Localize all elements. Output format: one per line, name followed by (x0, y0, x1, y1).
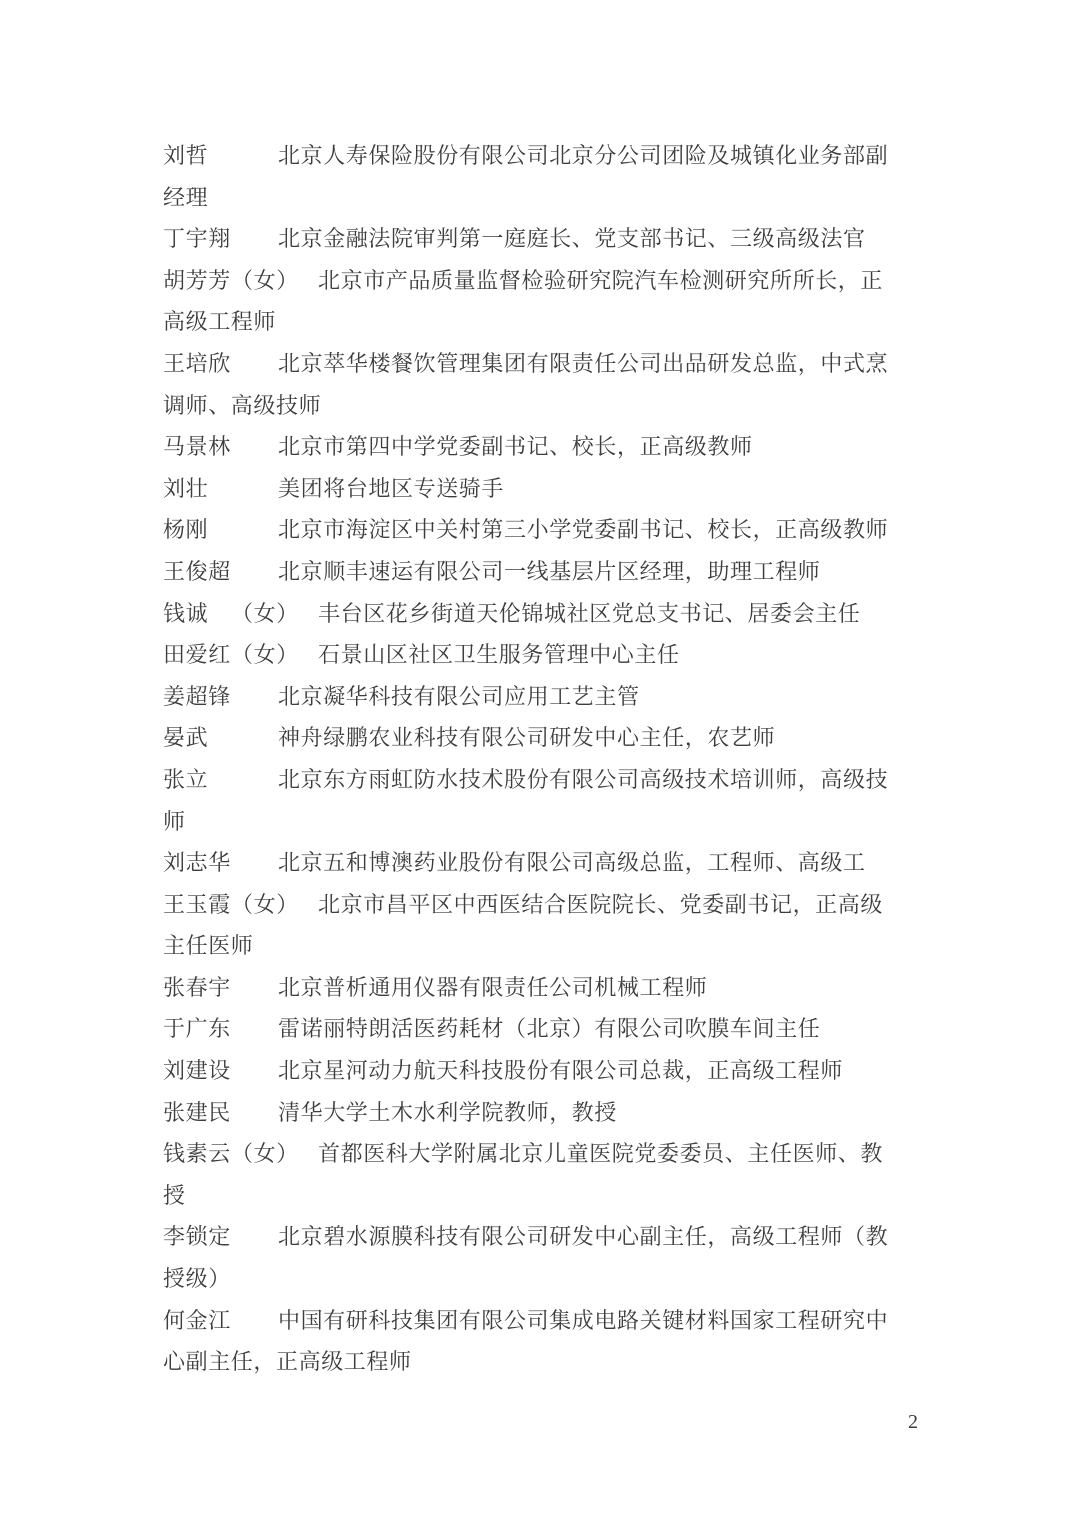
gender-annotation: （女） (231, 260, 299, 302)
roster-line: 刘壮美团将台地区专送骑手 (163, 468, 963, 510)
gender-annotation: （女） (231, 593, 299, 635)
person-name-cell: 于广东 (163, 1008, 278, 1050)
person-title: 北京金融法院审判第一庭庭长、党支部书记、三级高级法官 (278, 218, 866, 260)
person-name: 何金江 (163, 1300, 231, 1342)
person-name-cell: 钱诚（女） (163, 593, 318, 635)
roster-line: 张春宇北京普析通用仪器有限责任公司机械工程师 (163, 967, 963, 1009)
person-title-continuation: 授 (163, 1175, 186, 1217)
person-name: 胡芳芳 (163, 260, 231, 302)
person-title: 丰台区花乡街道天伦锦城社区党总支书记、居委会主任 (318, 593, 860, 635)
roster-line: 王玉霞（女）北京市昌平区中西医结合医院院长、党委副书记，正高级 (163, 884, 963, 926)
roster-line: 李锁定北京碧水源膜科技有限公司研发中心副主任，高级工程师（教 (163, 1216, 963, 1258)
person-title: 北京市产品质量监督检验研究院汽车检测研究所所长，正 (318, 260, 883, 302)
roster-line-continuation: 授级） (163, 1258, 963, 1300)
roster-line-continuation: 师 (163, 801, 963, 843)
person-name-cell: 王玉霞（女） (163, 884, 318, 926)
person-name-cell: 杨刚 (163, 509, 278, 551)
person-title-continuation: 主任医师 (163, 925, 253, 967)
person-title: 北京普析通用仪器有限责任公司机械工程师 (278, 967, 707, 1009)
person-title: 北京市昌平区中西医结合医院院长、党委副书记，正高级 (318, 884, 883, 926)
person-name: 杨刚 (163, 509, 231, 551)
person-name: 刘哲 (163, 135, 231, 177)
person-name: 钱诚 (163, 593, 231, 635)
person-name-cell: 张立 (163, 759, 278, 801)
roster-line: 张立北京东方雨虹防水技术股份有限公司高级技术培训师，高级技 (163, 759, 963, 801)
person-title: 神舟绿鹏农业科技有限公司研发中心主任，农艺师 (278, 717, 775, 759)
person-title: 北京凝华科技有限公司应用工艺主管 (278, 676, 640, 718)
roster-line: 刘志华北京五和博澳药业股份有限公司高级总监，工程师、高级工 (163, 842, 963, 884)
roster-line: 何金江中国有研科技集团有限公司集成电路关键材料国家工程研究中 (163, 1300, 963, 1342)
roster-line: 姜超锋北京凝华科技有限公司应用工艺主管 (163, 676, 963, 718)
person-name-cell: 王培欣 (163, 343, 278, 385)
person-name-cell: 晏武 (163, 717, 278, 759)
person-name-cell: 丁宇翔 (163, 218, 278, 260)
roster-line-continuation: 经理 (163, 177, 963, 219)
person-name-cell: 胡芳芳（女） (163, 260, 318, 302)
roster-line-continuation: 调师、高级技师 (163, 385, 963, 427)
person-name-cell: 何金江 (163, 1300, 278, 1342)
roster-line: 马景林北京市第四中学党委副书记、校长，正高级教师 (163, 426, 963, 468)
person-name-cell: 马景林 (163, 426, 278, 468)
person-name: 张立 (163, 759, 231, 801)
person-name: 刘建设 (163, 1050, 231, 1092)
person-name-cell: 姜超锋 (163, 676, 278, 718)
person-title: 北京星河动力航天科技股份有限公司总裁，正高级工程师 (278, 1050, 843, 1092)
roster-line: 钱诚（女）丰台区花乡街道天伦锦城社区党总支书记、居委会主任 (163, 593, 963, 635)
person-title: 美团将台地区专送骑手 (278, 468, 504, 510)
person-title-continuation: 高级工程师 (163, 301, 276, 343)
person-name-cell: 钱素云（女） (163, 1133, 318, 1175)
person-name: 张春宇 (163, 967, 231, 1009)
person-name: 于广东 (163, 1008, 231, 1050)
gender-annotation: （女） (231, 634, 299, 676)
person-title: 北京东方雨虹防水技术股份有限公司高级技术培训师，高级技 (278, 759, 888, 801)
roster-line: 于广东雷诺丽特朗活医药耗材（北京）有限公司吹膜车间主任 (163, 1008, 963, 1050)
person-name: 王玉霞 (163, 884, 231, 926)
person-name-cell: 张春宇 (163, 967, 278, 1009)
person-title: 中国有研科技集团有限公司集成电路关键材料国家工程研究中 (278, 1300, 888, 1342)
gender-annotation: （女） (231, 1133, 299, 1175)
person-title: 北京市第四中学党委副书记、校长，正高级教师 (278, 426, 753, 468)
person-title: 北京碧水源膜科技有限公司研发中心副主任，高级工程师（教 (278, 1216, 888, 1258)
person-name: 张建民 (163, 1092, 231, 1134)
person-title: 北京市海淀区中关村第三小学党委副书记、校长，正高级教师 (278, 509, 888, 551)
roster-line-continuation: 高级工程师 (163, 301, 963, 343)
person-title: 北京人寿保险股份有限公司北京分公司团险及城镇化业务部副 (278, 135, 888, 177)
person-title-continuation: 师 (163, 801, 186, 843)
person-title-continuation: 经理 (163, 177, 208, 219)
person-name: 刘志华 (163, 842, 231, 884)
person-name: 李锁定 (163, 1216, 231, 1258)
roster-line: 胡芳芳（女）北京市产品质量监督检验研究院汽车检测研究所所长，正 (163, 260, 963, 302)
roster-line: 田爱红（女）石景山区社区卫生服务管理中心主任 (163, 634, 963, 676)
person-name: 马景林 (163, 426, 231, 468)
person-name: 钱素云 (163, 1133, 231, 1175)
person-name: 姜超锋 (163, 676, 231, 718)
roster-line: 王培欣北京萃华楼餐饮管理集团有限责任公司出品研发总监，中式烹 (163, 343, 963, 385)
roster-line-continuation: 主任医师 (163, 925, 963, 967)
person-title: 石景山区社区卫生服务管理中心主任 (318, 634, 680, 676)
person-title: 雷诺丽特朗活医药耗材（北京）有限公司吹膜车间主任 (278, 1008, 820, 1050)
person-name-cell: 刘建设 (163, 1050, 278, 1092)
person-title: 清华大学土木水利学院教师，教授 (278, 1092, 617, 1134)
document-page: { "page": { "number": "2" }, "colors": {… (0, 0, 1080, 1527)
person-name: 丁宇翔 (163, 218, 231, 260)
roster-line: 刘建设北京星河动力航天科技股份有限公司总裁，正高级工程师 (163, 1050, 963, 1092)
person-title: 首都医科大学附属北京儿童医院党委委员、主任医师、教 (318, 1133, 883, 1175)
roster-list: 刘哲北京人寿保险股份有限公司北京分公司团险及城镇化业务部副经理丁宇翔北京金融法院… (163, 135, 963, 1383)
person-name-cell: 王俊超 (163, 551, 278, 593)
roster-line: 刘哲北京人寿保险股份有限公司北京分公司团险及城镇化业务部副 (163, 135, 963, 177)
roster-line: 晏武神舟绿鹏农业科技有限公司研发中心主任，农艺师 (163, 717, 963, 759)
page-number: 2 (899, 1408, 927, 1436)
person-name: 田爱红 (163, 634, 231, 676)
person-title-continuation: 调师、高级技师 (163, 385, 321, 427)
person-title: 北京萃华楼餐饮管理集团有限责任公司出品研发总监，中式烹 (278, 343, 888, 385)
person-title-continuation: 心副主任，正高级工程师 (163, 1341, 412, 1383)
roster-line-continuation: 授 (163, 1175, 963, 1217)
person-title: 北京五和博澳药业股份有限公司高级总监，工程师、高级工 (278, 842, 866, 884)
page: 刘哲北京人寿保险股份有限公司北京分公司团险及城镇化业务部副经理丁宇翔北京金融法院… (0, 0, 1080, 1527)
person-name-cell: 刘哲 (163, 135, 278, 177)
person-name: 晏武 (163, 717, 231, 759)
person-name: 刘壮 (163, 468, 231, 510)
roster-line: 丁宇翔北京金融法院审判第一庭庭长、党支部书记、三级高级法官 (163, 218, 963, 260)
person-title-continuation: 授级） (163, 1258, 231, 1300)
gender-annotation: （女） (231, 884, 299, 926)
person-name: 王俊超 (163, 551, 231, 593)
roster-line: 杨刚北京市海淀区中关村第三小学党委副书记、校长，正高级教师 (163, 509, 963, 551)
person-name-cell: 张建民 (163, 1092, 278, 1134)
roster-line-continuation: 心副主任，正高级工程师 (163, 1341, 963, 1383)
roster-line: 张建民清华大学土木水利学院教师，教授 (163, 1092, 963, 1134)
person-name-cell: 刘志华 (163, 842, 278, 884)
person-name-cell: 李锁定 (163, 1216, 278, 1258)
person-name-cell: 田爱红（女） (163, 634, 318, 676)
roster-line: 王俊超北京顺丰速运有限公司一线基层片区经理，助理工程师 (163, 551, 963, 593)
person-name: 王培欣 (163, 343, 231, 385)
person-title: 北京顺丰速运有限公司一线基层片区经理，助理工程师 (278, 551, 820, 593)
roster-line: 钱素云（女）首都医科大学附属北京儿童医院党委委员、主任医师、教 (163, 1133, 963, 1175)
person-name-cell: 刘壮 (163, 468, 278, 510)
